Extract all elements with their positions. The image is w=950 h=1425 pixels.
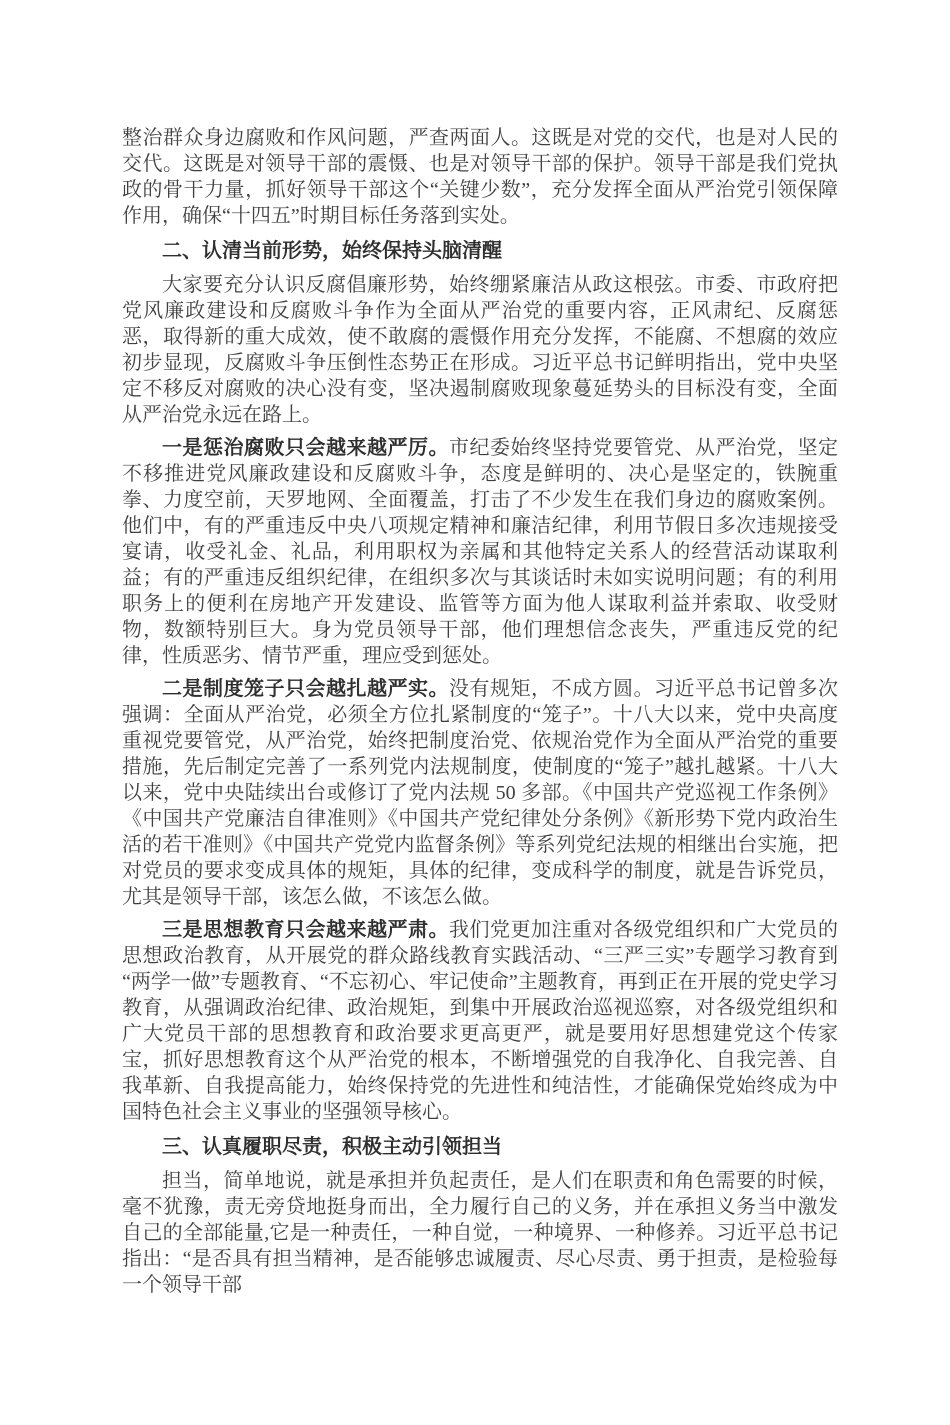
body-paragraph: 一是惩治腐败只会越来越严厉。市纪委始终坚持党要管党、从严治党，坚定不移推进党风廉… <box>122 435 838 669</box>
paragraph-text: 市纪委始终坚持党要管党、从严治党，坚定不移推进党风廉政建设和反腐败斗争，态度是鲜… <box>122 437 838 667</box>
section-heading-2: 二、认清当前形势，始终保持头脑清醒 <box>122 238 838 264</box>
paragraph-bold-lead: 一是惩治腐败只会越来越严厉。 <box>162 437 449 459</box>
document-page: 整治群众身边腐败和作风问题，严查两面人。这既是对党的交代，也是对人民的交代。这既… <box>0 0 950 1425</box>
paragraph-text: 整治群众身边腐败和作风问题，严查两面人。这既是对党的交代，也是对人民的交代。这既… <box>122 127 838 227</box>
body-paragraph: 大家要充分认识反腐倡廉形势，始终绷紧廉洁从政这根弦。市委、市政府把党风廉政建设和… <box>122 272 838 428</box>
section-heading-3: 三、认真履职尽责，积极主动引领担当 <box>122 1134 838 1160</box>
paragraph-bold-lead: 二是制度笼子只会越扎越严实。 <box>162 678 449 700</box>
paragraph-bold-lead: 三是思想教育只会越来越严肃。 <box>162 919 449 941</box>
body-paragraph-continuation: 整治群众身边腐败和作风问题，严查两面人。这既是对党的交代，也是对人民的交代。这既… <box>122 125 838 229</box>
paragraph-text: 担当，简单地说，就是承担并负起责任，是人们在职责和角色需要的时候，毫不犹豫，责无… <box>122 1170 838 1296</box>
paragraph-text: 大家要充分认识反腐倡廉形势，始终绷紧廉洁从政这根弦。市委、市政府把党风廉政建设和… <box>122 274 838 426</box>
paragraph-text: 没有规矩，不成方圆。习近平总书记曾多次强调：全面从严治党，必须全方位扎紧制度的“… <box>122 678 838 908</box>
body-paragraph: 三是思想教育只会越来越严肃。我们党更加注重对各级党组织和广大党员的思想政治教育，… <box>122 917 838 1125</box>
paragraph-text: 我们党更加注重对各级党组织和广大党员的思想政治教育，从开展党的群众路线教育实践活… <box>122 919 838 1123</box>
body-paragraph: 担当，简单地说，就是承担并负起责任，是人们在职责和角色需要的时候，毫不犹豫，责无… <box>122 1168 838 1298</box>
body-paragraph: 二是制度笼子只会越扎越严实。没有规矩，不成方圆。习近平总书记曾多次强调：全面从严… <box>122 676 838 910</box>
